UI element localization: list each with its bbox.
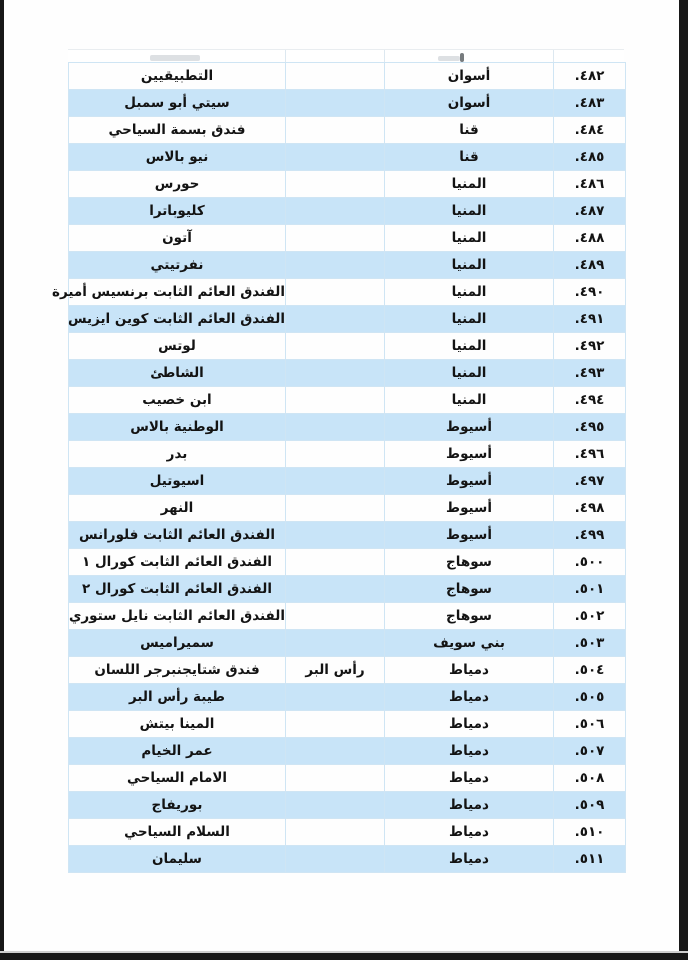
area-cell xyxy=(286,333,385,360)
table-row: ٤٨٣.أسوانسيتي أبو سمبل xyxy=(69,90,626,117)
serial-number-cell: ٤٨٤. xyxy=(554,117,626,144)
document-page: { "page": { "background": "#fefefe", "fr… xyxy=(0,0,688,960)
ghost-text-remnant xyxy=(438,56,460,61)
serial-number-cell: ٤٨٢. xyxy=(554,63,626,90)
serial-number-cell: ٥٠٨. xyxy=(554,765,626,792)
table-row: ٤٩٣.المنياالشاطئ xyxy=(69,360,626,387)
hotel-name-cell: الفندق العائم الثابت فلورانس xyxy=(69,522,286,549)
hotel-name-cell: الفندق العائم الثابت نايل ستوري xyxy=(69,603,286,630)
table-row: ٥٠٣.بني سويفسميراميس xyxy=(69,630,626,657)
hotel-name-cell: عمر الخيام xyxy=(69,738,286,765)
serial-number-cell: ٤٨٥. xyxy=(554,144,626,171)
hotel-name-cell: فندق بسمة السياحي xyxy=(69,117,286,144)
area-cell xyxy=(286,630,385,657)
hotel-name-cell: التطبيقيين xyxy=(69,63,286,90)
serial-number-cell: ٥٠٢. xyxy=(554,603,626,630)
serial-number-cell: ٥٠١. xyxy=(554,576,626,603)
governorate-cell: المنيا xyxy=(385,171,554,198)
serial-number-cell: ٤٩١. xyxy=(554,306,626,333)
table-row: ٥٠٥.دمياططيبة رأس البر xyxy=(69,684,626,711)
table-row: ٤٨٥.قنانيو بالاس xyxy=(69,144,626,171)
serial-number-cell: ٥٠٥. xyxy=(554,684,626,711)
serial-number-cell: ٥١١. xyxy=(554,846,626,873)
area-cell xyxy=(286,198,385,225)
governorate-cell: المنيا xyxy=(385,252,554,279)
area-cell xyxy=(286,225,385,252)
hotels-table-body: ٤٨٢.أسوانالتطبيقيين٤٨٣.أسوانسيتي أبو سمب… xyxy=(69,63,626,873)
hotel-name-cell: سيتي أبو سمبل xyxy=(69,90,286,117)
serial-number-cell: ٥٠٩. xyxy=(554,792,626,819)
hotel-name-cell: الفندق العائم الثابت كوين ايزيس xyxy=(69,306,286,333)
area-cell xyxy=(286,90,385,117)
governorate-cell: المنيا xyxy=(385,387,554,414)
table-row: ٥٠٧.دمياطعمر الخيام xyxy=(69,738,626,765)
hotel-name-cell: بوريفاج xyxy=(69,792,286,819)
area-cell xyxy=(286,360,385,387)
area-cell xyxy=(286,63,385,90)
area-cell xyxy=(286,441,385,468)
serial-number-cell: ٤٨٩. xyxy=(554,252,626,279)
hotels-table: ٤٨٢.أسوانالتطبيقيين٤٨٣.أسوانسيتي أبو سمب… xyxy=(68,62,626,873)
hotel-name-cell: ابن خصيب xyxy=(69,387,286,414)
serial-number-cell: ٤٩٤. xyxy=(554,387,626,414)
area-cell xyxy=(286,117,385,144)
table-row: ٤٩٨.أسيوطالنهر xyxy=(69,495,626,522)
serial-number-cell: ٥١٠. xyxy=(554,819,626,846)
area-cell xyxy=(286,603,385,630)
governorate-cell: قنا xyxy=(385,144,554,171)
area-cell xyxy=(286,414,385,441)
table-row: ٤٨٤.قنافندق بسمة السياحي xyxy=(69,117,626,144)
serial-number-cell: ٤٨٧. xyxy=(554,198,626,225)
table-row: ٤٩٤.المنياابن خصيب xyxy=(69,387,626,414)
table-row: ٤٩٢.المنيالوتس xyxy=(69,333,626,360)
hotel-name-cell: الفندق العائم الثابت كورال ٢ xyxy=(69,576,286,603)
governorate-cell: أسيوط xyxy=(385,441,554,468)
hotel-name-cell: نفرتيتي xyxy=(69,252,286,279)
ghost-text-remnant xyxy=(150,55,200,61)
area-cell xyxy=(286,684,385,711)
serial-number-cell: ٤٩٧. xyxy=(554,468,626,495)
table-row: ٤٩٦.أسيوطبدر xyxy=(69,441,626,468)
area-cell xyxy=(286,252,385,279)
serial-number-cell: ٤٩٨. xyxy=(554,495,626,522)
table-row: ٥٠٨.دمياطالامام السياحي xyxy=(69,765,626,792)
governorate-cell: بني سويف xyxy=(385,630,554,657)
governorate-cell: سوهاج xyxy=(385,576,554,603)
serial-number-cell: ٥٠٦. xyxy=(554,711,626,738)
hotel-name-cell: لوتس xyxy=(69,333,286,360)
area-cell xyxy=(286,549,385,576)
governorate-cell: دمياط xyxy=(385,765,554,792)
governorate-cell: المنيا xyxy=(385,198,554,225)
hotel-name-cell: النهر xyxy=(69,495,286,522)
table-row: ٤٩٥.أسيوطالوطنية بالاس xyxy=(69,414,626,441)
governorate-cell: المنيا xyxy=(385,306,554,333)
hotel-name-cell: سميراميس xyxy=(69,630,286,657)
table-row: ٤٩١.المنياالفندق العائم الثابت كوين ايزي… xyxy=(69,306,626,333)
photo-border-left xyxy=(0,0,4,960)
area-cell xyxy=(286,846,385,873)
hotel-name-cell: اسيوتيل xyxy=(69,468,286,495)
table-row: ٥٠٩.دمياطبوريفاج xyxy=(69,792,626,819)
table-row: ٥٠٢.سوهاجالفندق العائم الثابت نايل ستوري xyxy=(69,603,626,630)
governorate-cell: أسيوط xyxy=(385,522,554,549)
hotel-name-cell: السلام السياحي xyxy=(69,819,286,846)
photo-border-right xyxy=(679,0,688,960)
area-cell xyxy=(286,738,385,765)
table-row: ٥٠٤.دمياطرأس البرفندق شتايجنبرجر اللسان xyxy=(69,657,626,684)
serial-number-cell: ٤٨٣. xyxy=(554,90,626,117)
governorate-cell: قنا xyxy=(385,117,554,144)
serial-number-cell: ٤٨٨. xyxy=(554,225,626,252)
area-cell xyxy=(286,279,385,306)
hotel-name-cell: الامام السياحي xyxy=(69,765,286,792)
governorate-cell: أسوان xyxy=(385,63,554,90)
area-cell xyxy=(286,711,385,738)
governorate-cell: أسيوط xyxy=(385,495,554,522)
area-cell xyxy=(286,522,385,549)
hotel-name-cell: آتون xyxy=(69,225,286,252)
area-cell xyxy=(286,765,385,792)
previous-row-sliver xyxy=(68,49,624,63)
hotel-name-cell: فندق شتايجنبرجر اللسان xyxy=(69,657,286,684)
ghost-text-remnant xyxy=(460,53,464,62)
table-row: ٥٠٦.دمياطالمينا بيتش xyxy=(69,711,626,738)
area-cell xyxy=(286,144,385,171)
table-row: ٤٩٠.المنياالفندق العائم الثابت برنسيس أم… xyxy=(69,279,626,306)
hotel-name-cell: بدر xyxy=(69,441,286,468)
table-row: ٤٨٦.المنياحورس xyxy=(69,171,626,198)
area-cell xyxy=(286,306,385,333)
area-cell xyxy=(286,387,385,414)
governorate-cell: سوهاج xyxy=(385,549,554,576)
governorate-cell: المنيا xyxy=(385,360,554,387)
table-row: ٤٨٨.المنياآتون xyxy=(69,225,626,252)
governorate-cell: دمياط xyxy=(385,711,554,738)
governorate-cell: المنيا xyxy=(385,333,554,360)
serial-number-cell: ٤٩٣. xyxy=(554,360,626,387)
table-row: ٤٩٧.أسيوطاسيوتيل xyxy=(69,468,626,495)
governorate-cell: المنيا xyxy=(385,225,554,252)
governorate-cell: دمياط xyxy=(385,792,554,819)
table-row: ٤٨٩.المنيانفرتيتي xyxy=(69,252,626,279)
governorate-cell: سوهاج xyxy=(385,603,554,630)
hotel-name-cell: الفندق العائم الثابت كورال ١ xyxy=(69,549,286,576)
hotel-name-cell: حورس xyxy=(69,171,286,198)
table-row: ٤٨٧.المنياكليوباترا xyxy=(69,198,626,225)
hotel-name-cell: سليمان xyxy=(69,846,286,873)
governorate-cell: دمياط xyxy=(385,819,554,846)
governorate-cell: أسوان xyxy=(385,90,554,117)
hotel-name-cell: نيو بالاس xyxy=(69,144,286,171)
serial-number-cell: ٤٨٦. xyxy=(554,171,626,198)
photo-border-bottom xyxy=(0,951,688,960)
serial-number-cell: ٥٠٠. xyxy=(554,549,626,576)
table-row: ٥٠١.سوهاجالفندق العائم الثابت كورال ٢ xyxy=(69,576,626,603)
area-cell xyxy=(286,495,385,522)
serial-number-cell: ٤٩٩. xyxy=(554,522,626,549)
hotel-name-cell: المينا بيتش xyxy=(69,711,286,738)
governorate-cell: المنيا xyxy=(385,279,554,306)
table-row: ٥٠٠.سوهاجالفندق العائم الثابت كورال ١ xyxy=(69,549,626,576)
governorate-cell: دمياط xyxy=(385,846,554,873)
governorate-cell: أسيوط xyxy=(385,414,554,441)
serial-number-cell: ٥٠٣. xyxy=(554,630,626,657)
serial-number-cell: ٤٩٦. xyxy=(554,441,626,468)
table-row: ٤٨٢.أسوانالتطبيقيين xyxy=(69,63,626,90)
hotel-name-cell: كليوباترا xyxy=(69,198,286,225)
serial-number-cell: ٤٩٥. xyxy=(554,414,626,441)
table-row: ٤٩٩.أسيوطالفندق العائم الثابت فلورانس xyxy=(69,522,626,549)
table-row: ٥١١.دمياطسليمان xyxy=(69,846,626,873)
governorate-cell: دمياط xyxy=(385,684,554,711)
governorate-cell: دمياط xyxy=(385,738,554,765)
governorate-cell: أسيوط xyxy=(385,468,554,495)
area-cell xyxy=(286,468,385,495)
governorate-cell: دمياط xyxy=(385,657,554,684)
hotel-name-cell: الفندق العائم الثابت برنسيس أميرة xyxy=(69,279,286,306)
serial-number-cell: ٤٩٢. xyxy=(554,333,626,360)
hotel-name-cell: طيبة رأس البر xyxy=(69,684,286,711)
area-cell xyxy=(286,576,385,603)
area-cell xyxy=(286,792,385,819)
serial-number-cell: ٥٠٧. xyxy=(554,738,626,765)
table-row: ٥١٠.دمياطالسلام السياحي xyxy=(69,819,626,846)
area-cell xyxy=(286,819,385,846)
area-cell xyxy=(286,171,385,198)
hotel-name-cell: الشاطئ xyxy=(69,360,286,387)
hotel-name-cell: الوطنية بالاس xyxy=(69,414,286,441)
area-cell: رأس البر xyxy=(286,657,385,684)
serial-number-cell: ٤٩٠. xyxy=(554,279,626,306)
serial-number-cell: ٥٠٤. xyxy=(554,657,626,684)
